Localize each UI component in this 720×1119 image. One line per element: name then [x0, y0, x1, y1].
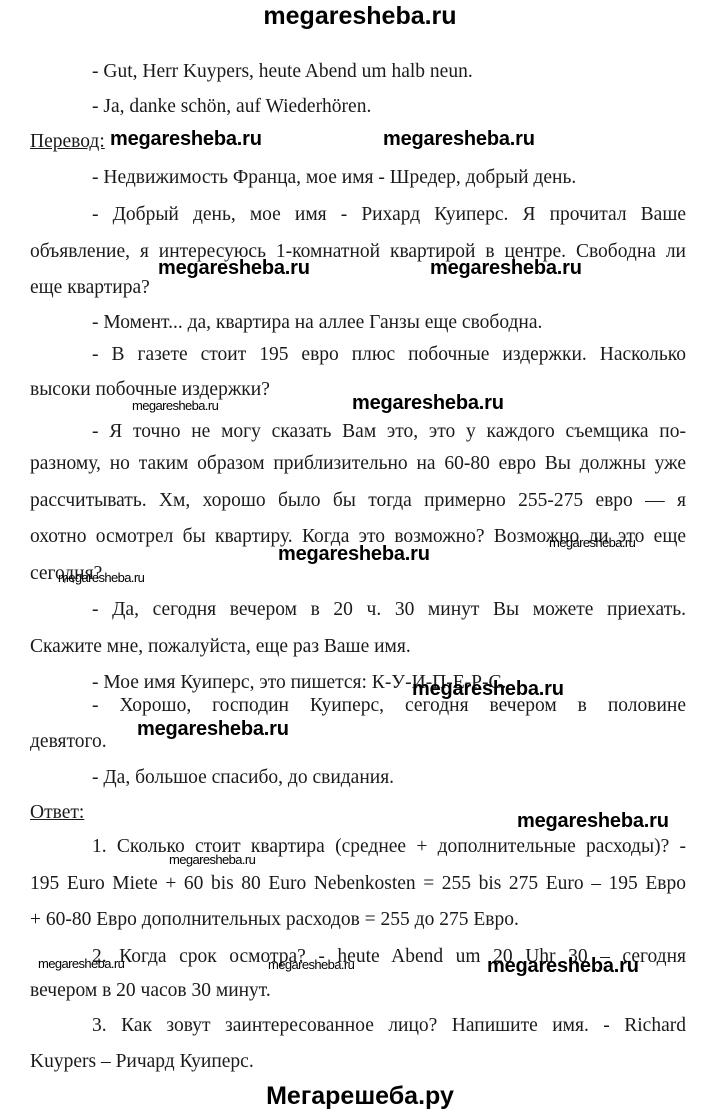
- translation-line: девятого.: [30, 730, 107, 754]
- answer-line: 195 Euro Miete + 60 bis 80 Euro Nebenkos…: [30, 872, 686, 896]
- watermark-small: megaresheba.ru: [58, 570, 144, 585]
- answer-heading: Ответ:: [30, 801, 84, 825]
- translation-line: объявление, я интересуюсь 1-комнатной кв…: [30, 240, 686, 264]
- watermark: megaresheba.ru: [110, 128, 262, 151]
- footer-watermark: Мегарешеба.ру: [0, 1082, 720, 1111]
- watermark-small: megaresheba.ru: [169, 852, 255, 867]
- translation-line: - Я точно не могу сказать Вам это, это у…: [92, 420, 686, 444]
- translation-line: - В газете стоит 195 евро плюс побочные …: [92, 343, 686, 367]
- answer-line: вечером в 20 часов 30 минут.: [30, 979, 271, 1003]
- translation-line: - Да, большое спасибо, до свидания.: [92, 766, 394, 790]
- watermark-small: megaresheba.ru: [549, 535, 635, 550]
- translation-heading: Перевод:: [30, 130, 105, 154]
- watermark: megaresheba.ru: [137, 718, 289, 741]
- translation-line: рассчитывать. Хм, хорошо было бы тогда п…: [30, 489, 686, 513]
- answer-line: + 60-80 Евро дополнительных расходов = 2…: [30, 908, 519, 932]
- watermark: megaresheba.ru: [487, 955, 639, 978]
- translation-line: - Момент... да, квартира на аллее Ганзы …: [92, 311, 542, 335]
- watermark: megaresheba.ru: [158, 257, 310, 280]
- translation-line: - Добрый день, мое имя - Рихард Куиперс.…: [92, 203, 686, 227]
- watermark-small: megaresheba.ru: [38, 956, 124, 971]
- header-watermark: megaresheba.ru: [0, 2, 720, 31]
- watermark: megaresheba.ru: [517, 810, 669, 833]
- translation-line: - Хорошо, господин Куиперс, сегодня вече…: [92, 694, 686, 718]
- watermark: megaresheba.ru: [383, 128, 535, 151]
- translation-line: Скажите мне, пожалуйста, еще раз Ваше им…: [30, 635, 411, 659]
- answer-line: Kuypers – Ричард Куиперс.: [30, 1050, 254, 1074]
- dialogue-line: - Gut, Herr Kuypers, heute Abend um halb…: [92, 60, 473, 84]
- dialogue-line: - Ja, danke schön, auf Wiederhören.: [92, 95, 371, 119]
- translation-line: - Да, сегодня вечером в 20 ч. 30 минут В…: [92, 598, 686, 622]
- translation-line: разному, но таким образом приблизительно…: [30, 452, 686, 476]
- watermark: megaresheba.ru: [278, 543, 430, 566]
- translation-line: - Недвижимость Франца, мое имя - Шредер,…: [92, 166, 576, 190]
- watermark: megaresheba.ru: [412, 678, 564, 701]
- watermark: megaresheba.ru: [430, 257, 582, 280]
- translation-line: еще квартира?: [30, 276, 150, 300]
- watermark-small: megaresheba.ru: [132, 398, 218, 413]
- watermark-small: megaresheba.ru: [268, 957, 354, 972]
- watermark: megaresheba.ru: [352, 392, 504, 415]
- answer-line: 3. Как зовут заинтересованное лицо? Напи…: [92, 1014, 686, 1038]
